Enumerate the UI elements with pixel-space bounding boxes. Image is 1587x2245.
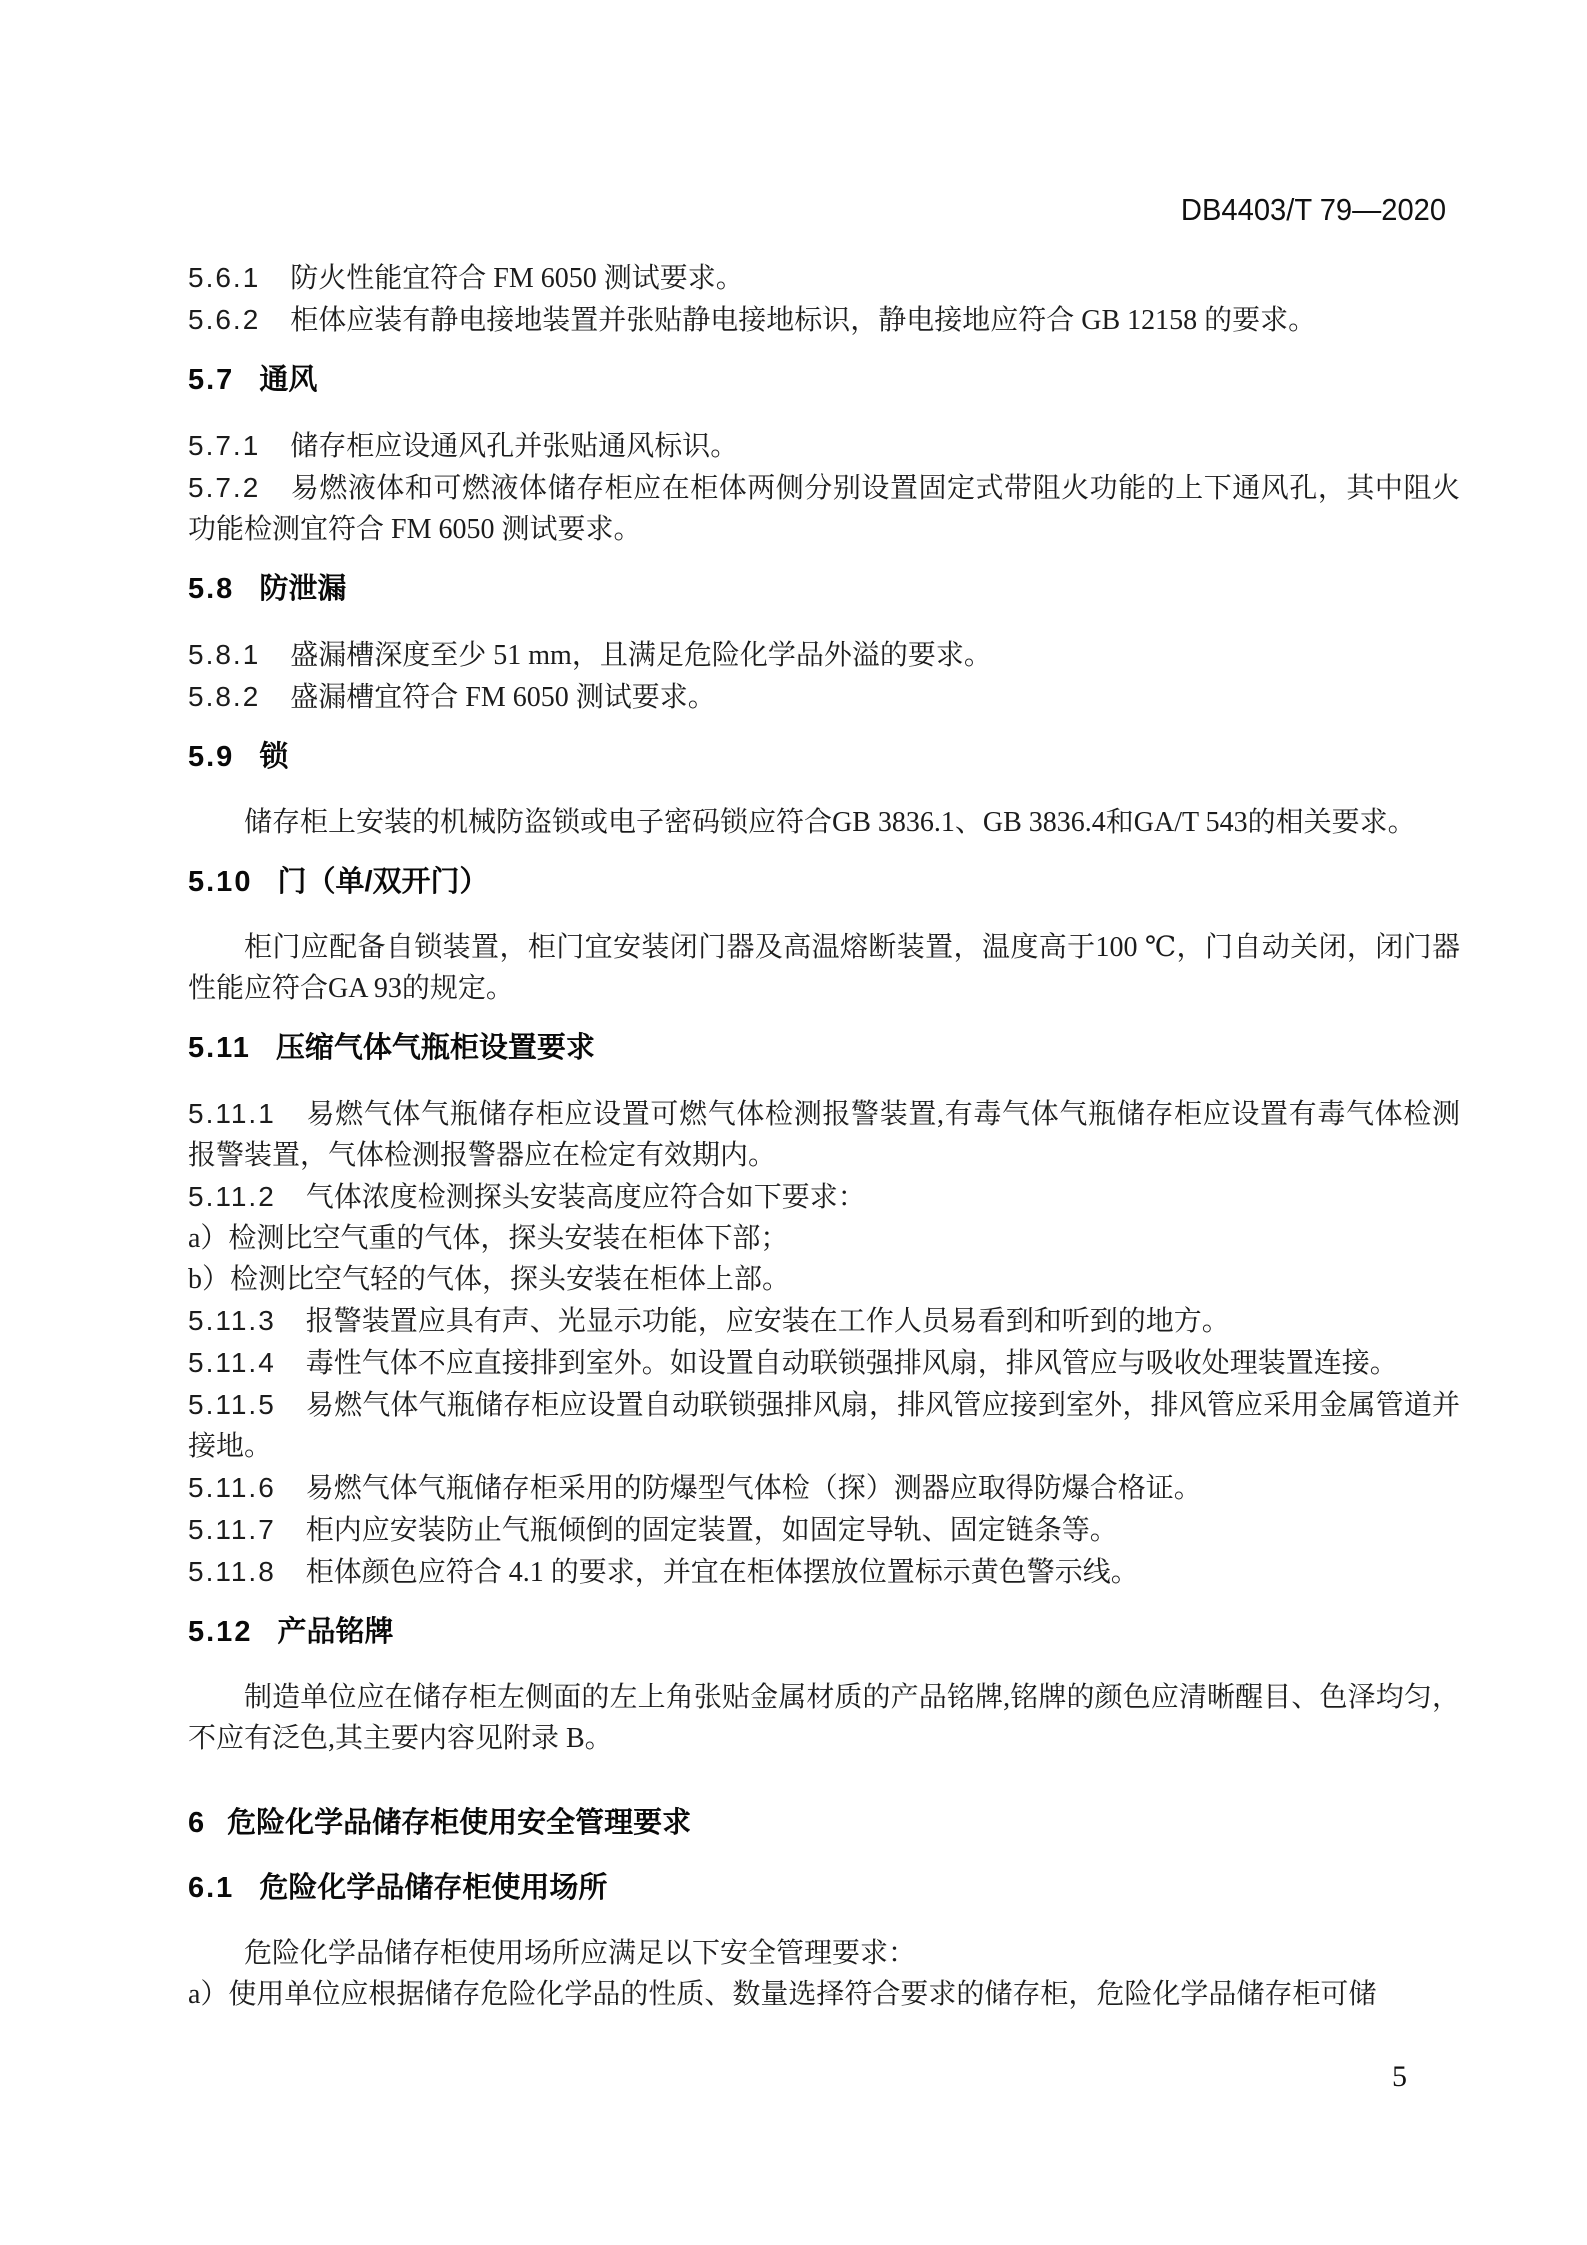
clause-number: 5.11.3 xyxy=(188,1305,276,1336)
clause-text: 易燃气体气瓶储存柜应设置自动联锁强排风扇，排风管应接到室外，排风管应采用金属管道… xyxy=(188,1390,1460,1462)
heading-number: 5.11 xyxy=(188,1032,251,1064)
clause: 5.11.7柜内应安装防止气瓶倾倒的固定装置，如固定导轨、固定链条等。 xyxy=(188,1509,1460,1551)
list-item: b）检测比空气轻的气体，探头安装在柜体上部。 xyxy=(188,1259,1460,1300)
list-item-text: a）检测比空气重的气体，探头安装在柜体下部； xyxy=(188,1223,788,1254)
heading-text: 通风 xyxy=(259,364,317,396)
list-item: a）使用单位应根据储存危险化学品的性质、数量选择符合要求的储存柜，危险化学品储存… xyxy=(188,1974,1460,2015)
clause-text: 易燃液体和可燃液体储存柜应在柜体两侧分别设置固定式带阻火功能的上下通风孔，其中阻… xyxy=(188,473,1460,545)
clause: 5.11.8柜体颜色应符合 4.1 的要求，并宜在柜体摆放位置标示黄色警示线。 xyxy=(188,1551,1460,1593)
list-item: a）检测比空气重的气体，探头安装在柜体下部； xyxy=(188,1218,1460,1259)
clause: 5.11.1易燃气体气瓶储存柜应设置可燃气体检测报警装置,有毒气体气瓶储存柜应设… xyxy=(188,1093,1460,1176)
paragraph: 储存柜上安装的机械防盗锁或电子密码锁应符合GB 3836.1、GB 3836.4… xyxy=(188,802,1460,843)
heading-text: 锁 xyxy=(259,741,288,773)
clause-text: 毒性气体不应直接排到室外。如设置自动联锁强排风扇，排风管应与吸收处理装置连接。 xyxy=(306,1348,1398,1379)
clause-text: 柜体颜色应符合 4.1 的要求，并宜在柜体摆放位置标示黄色警示线。 xyxy=(306,1557,1139,1588)
paragraph-text: 储存柜上安装的机械防盗锁或电子密码锁应符合GB 3836.1、GB 3836.4… xyxy=(244,807,1416,838)
section-heading: 5.8防泄漏 xyxy=(188,569,1460,610)
heading-text: 危险化学品储存柜使用场所 xyxy=(259,1872,607,1904)
section-heading: 5.10门（单/双开门） xyxy=(188,862,1460,903)
clause-number: 5.11.4 xyxy=(188,1347,276,1378)
clause-number: 5.6.1 xyxy=(188,262,260,293)
section-heading: 5.12产品铭牌 xyxy=(188,1612,1460,1653)
clause-number: 5.6.2 xyxy=(188,304,260,335)
clause: 5.8.1盛漏槽深度至少 51 mm，且满足危险化学品外溢的要求。 xyxy=(188,634,1460,676)
clause-text: 储存柜应设通风孔并张贴通风标识。 xyxy=(290,431,738,462)
clause-number: 5.8.2 xyxy=(188,681,260,712)
list-item-text: b）检测比空气轻的气体，探头安装在柜体上部。 xyxy=(188,1264,790,1295)
chapter-text: 危险化学品储存柜使用安全管理要求 xyxy=(227,1807,691,1839)
chapter-heading: 6危险化学品储存柜使用安全管理要求 xyxy=(188,1803,1460,1844)
clause: 5.6.1防火性能宜符合 FM 6050 测试要求。 xyxy=(188,257,1460,299)
clause: 5.7.2易燃液体和可燃液体储存柜应在柜体两侧分别设置固定式带阻火功能的上下通风… xyxy=(188,467,1460,550)
list-item-text: a）使用单位应根据储存危险化学品的性质、数量选择符合要求的储存柜，危险化学品储存… xyxy=(188,1979,1376,2010)
document-page: DB4403/T 79—2020 5.6.1防火性能宜符合 FM 6050 测试… xyxy=(0,0,1587,2245)
clause: 5.11.5易燃气体气瓶储存柜应设置自动联锁强排风扇，排风管应接到室外，排风管应… xyxy=(188,1384,1460,1467)
paragraph-text: 柜门应配备自锁装置，柜门宜安装闭门器及高温熔断装置，温度高于100 ℃，门自动关… xyxy=(188,932,1460,1004)
clause-text: 易燃气体气瓶储存柜采用的防爆型气体检（探）测器应取得防爆合格证。 xyxy=(306,1473,1202,1504)
heading-number: 5.8 xyxy=(188,573,234,605)
heading-text: 产品铭牌 xyxy=(277,1616,393,1648)
heading-number: 5.12 xyxy=(188,1616,252,1648)
clause: 5.8.2盛漏槽宜符合 FM 6050 测试要求。 xyxy=(188,676,1460,718)
paragraph: 制造单位应在储存柜左侧面的左上角张贴金属材质的产品铭牌,铭牌的颜色应清晰醒目、色… xyxy=(188,1677,1460,1759)
paragraph: 柜门应配备自锁装置，柜门宜安装闭门器及高温熔断装置，温度高于100 ℃，门自动关… xyxy=(188,927,1460,1009)
clause-number: 5.11.5 xyxy=(188,1389,276,1420)
clause: 5.7.1储存柜应设通风孔并张贴通风标识。 xyxy=(188,425,1460,467)
clause-text: 柜内应安装防止气瓶倾倒的固定装置，如固定导轨、固定链条等。 xyxy=(306,1515,1118,1546)
heading-number: 5.9 xyxy=(188,741,234,773)
section-heading: 5.7通风 xyxy=(188,360,1460,401)
clause-text: 盛漏槽宜符合 FM 6050 测试要求。 xyxy=(290,682,715,713)
clause-number: 5.8.1 xyxy=(188,639,260,670)
clause-text: 气体浓度检测探头安装高度应符合如下要求： xyxy=(306,1182,866,1213)
clause-number: 5.7.1 xyxy=(188,430,260,461)
clause-text: 易燃气体气瓶储存柜应设置可燃气体检测报警装置,有毒气体气瓶储存柜应设置有毒气体检… xyxy=(188,1099,1460,1171)
clause: 5.11.2气体浓度检测探头安装高度应符合如下要求： xyxy=(188,1176,1460,1218)
clause-number: 5.11.7 xyxy=(188,1514,276,1545)
clause: 5.11.3报警装置应具有声、光显示功能，应安装在工作人员易看到和听到的地方。 xyxy=(188,1300,1460,1342)
heading-number: 5.10 xyxy=(188,866,252,898)
clause-number: 5.7.2 xyxy=(188,472,260,503)
clause-number: 5.11.2 xyxy=(188,1181,276,1212)
heading-number: 5.7 xyxy=(188,364,234,396)
clause-number: 5.11.8 xyxy=(188,1556,276,1587)
clause-number: 5.11.6 xyxy=(188,1472,276,1503)
clause: 5.6.2柜体应装有静电接地装置并张贴静电接地标识，静电接地应符合 GB 121… xyxy=(188,299,1460,341)
clause: 5.11.4毒性气体不应直接排到室外。如设置自动联锁强排风扇，排风管应与吸收处理… xyxy=(188,1342,1460,1384)
clause: 5.11.6易燃气体气瓶储存柜采用的防爆型气体检（探）测器应取得防爆合格证。 xyxy=(188,1467,1460,1509)
chapter-number: 6 xyxy=(188,1807,206,1839)
clause-number: 5.11.1 xyxy=(188,1098,276,1129)
clause-text: 防火性能宜符合 FM 6050 测试要求。 xyxy=(290,263,743,294)
section-heading: 5.11压缩气体气瓶柜设置要求 xyxy=(188,1028,1460,1069)
heading-text: 门（单/双开门） xyxy=(277,866,488,898)
clause-text: 柜体应装有静电接地装置并张贴静电接地标识，静电接地应符合 GB 12158 的要… xyxy=(290,305,1316,336)
section-heading: 5.9锁 xyxy=(188,737,1460,778)
paragraph: 危险化学品储存柜使用场所应满足以下安全管理要求： xyxy=(188,1933,1460,1974)
page-number: 5 xyxy=(1392,2060,1407,2094)
clause-text: 盛漏槽深度至少 51 mm，且满足危险化学品外溢的要求。 xyxy=(290,640,992,671)
section-heading: 6.1危险化学品储存柜使用场所 xyxy=(188,1868,1460,1909)
paragraph-text: 制造单位应在储存柜左侧面的左上角张贴金属材质的产品铭牌,铭牌的颜色应清晰醒目、色… xyxy=(188,1682,1460,1754)
heading-number: 6.1 xyxy=(188,1872,234,1904)
clause-text: 报警装置应具有声、光显示功能，应安装在工作人员易看到和听到的地方。 xyxy=(306,1306,1230,1337)
document-body: 5.6.1防火性能宜符合 FM 6050 测试要求。 5.6.2柜体应装有静电接… xyxy=(188,0,1460,2015)
paragraph-text: 危险化学品储存柜使用场所应满足以下安全管理要求： xyxy=(244,1938,916,1969)
heading-text: 防泄漏 xyxy=(259,573,346,605)
heading-text: 压缩气体气瓶柜设置要求 xyxy=(276,1032,595,1064)
